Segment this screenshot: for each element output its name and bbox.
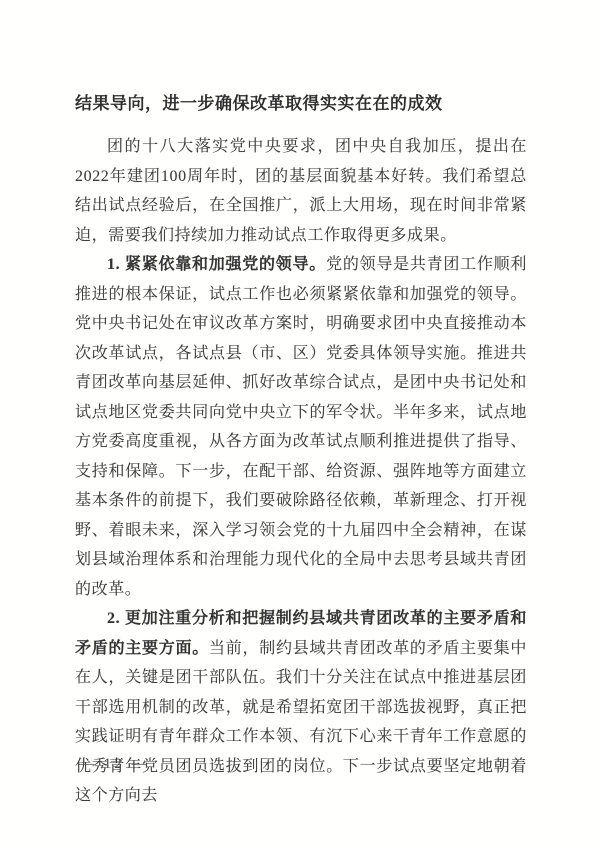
document-content: 结果导向，进一步确保改革取得实实在在的成效 团的十八大落实党中央要求，团中央自我…: [75, 93, 527, 811]
document-page: 结果导向，进一步确保改革取得实实在在的成效 团的十八大落实党中央要求，团中央自我…: [0, 0, 600, 848]
paragraph-lead: 1. 紧紧依靠和加强党的领导。: [107, 256, 326, 273]
body-paragraph: 团的十八大落实党中央要求，团中央自我加压，提出在2022年建团100周年时，团的…: [75, 132, 527, 250]
body-paragraph: 2. 更加注重分析和把握制约县域共青团改革的主要矛盾和矛盾的主要方面。当前，制约…: [75, 604, 527, 811]
paragraph-text: 团的十八大落实党中央要求，团中央自我加压，提出在2022年建团100周年时，团的…: [75, 138, 527, 244]
page-number: — 12 —: [79, 756, 150, 772]
body-paragraph: 1. 紧紧依靠和加强党的领导。党的领导是共青团工作顺利推进的根本保证，试点工作也…: [75, 250, 527, 604]
document-heading: 结果导向，进一步确保改革取得实实在在的成效: [75, 93, 527, 115]
paragraph-text: 当前，制约县域共青团改革的矛盾主要集中在人，关键是团干部队伍。我们十分关注在试点…: [75, 640, 527, 805]
page-footer: — 12 —: [79, 756, 150, 773]
paragraph-text: 党的领导是共青团工作顺利推进的根本保证，试点工作也必须紧紧依靠和加强党的领导。党…: [75, 256, 527, 598]
